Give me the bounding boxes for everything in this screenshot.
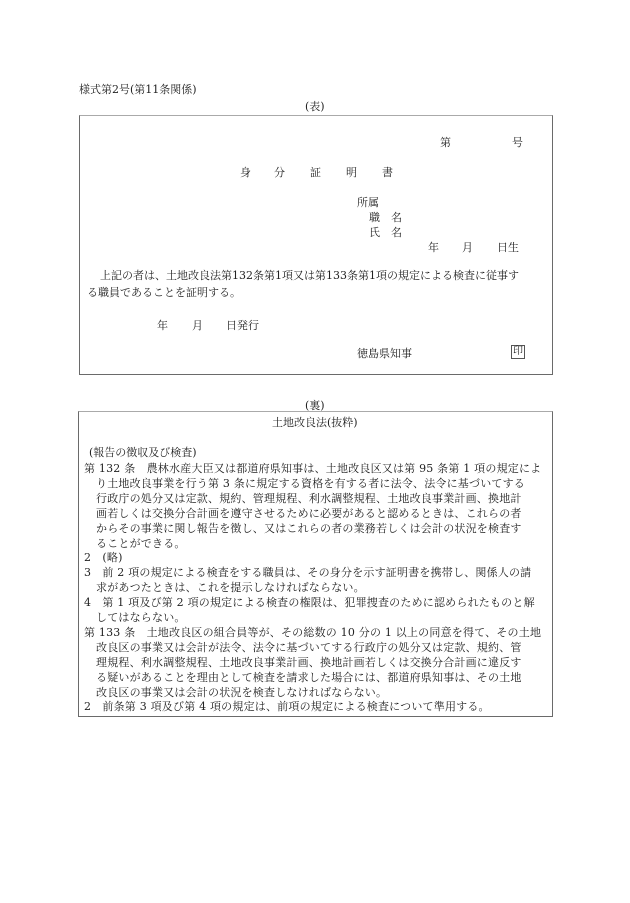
seal-mark: 印 [511,344,525,359]
birth-year-label: 年 [428,239,439,255]
law-line: 改良区の事業又は会計が法令、法令に基づいてする行政庁の処分又は定款、規約、管 [96,639,522,655]
statement-line-1: 上記の者は、土地改良法第132条第1項又は第133条第1項の規定による検査に従事… [100,267,519,283]
affiliation-label: 所属 [357,194,379,210]
law-line: 2 (略) [84,549,123,565]
name-label: 氏 名 [369,224,402,240]
law-line: 4 第 1 項及び第 2 項の規定による検査の権限は、犯罪捜査のために認められた… [84,594,535,610]
law-line: 3 前 2 項の規定による検査をする職員は、その身分を示す証明書を携帯し、関係人… [84,564,531,580]
law-line: 画若しくは交換分合計画を遵守させるために必要があると認めるときは、これらの者 [96,505,522,521]
law-line: してはならない。 [96,609,186,625]
seal-icon: 印 [511,345,525,359]
law-line: 2 前条第 3 項及び第 4 項の規定は、前項の規定による検査について準用する。 [84,698,490,714]
statement-line-2: る職員であることを証明する。 [87,284,241,300]
number-suffix: 号 [512,134,523,150]
law-line: ることができる。 [96,535,186,551]
issue-month-label: 月 [192,317,203,333]
form-label: 様式第2号(第11条関係) [79,81,197,97]
section-heading: (報告の徴収及び検査) [89,444,197,460]
law-line: 第 133 条 土地改良区の組合員等が、その総数の 10 分の 1 以上の同意を… [84,624,541,640]
id-card-back: 土地改良法(抜粋) (報告の徴収及び検査) 第 132 条 農林水産大臣又は都道… [78,411,553,717]
law-line: 行政庁の処分又は定款、規約、管理規程、利水調整規程、土地改良事業計画、換地計 [96,490,522,506]
birth-month-label: 月 [462,239,473,255]
law-line: り土地改良事業を行う第 3 条に規定する資格を有する者に法令、法令に基づいてする [96,475,525,491]
number-prefix: 第 [440,134,451,150]
issuer: 徳島県知事 [357,345,412,361]
issue-year-label: 年 [157,317,168,333]
law-line: 理規程、利水調整規程、土地改良事業計画、換地計画若しくは交換分合計画に違反す [96,654,522,670]
issue-day-label: 日発行 [226,317,259,333]
law-line: 改良区の事業又は会計の状況を検査しなければならない。 [96,684,387,700]
law-line: 第 132 条 農林水産大臣又は都道府県知事は、土地改良区又は第 95 条第 1… [84,460,541,476]
law-line: からその事業に関し報告を徴し、又はこれらの者の業務若しくは会計の状況を検査す [96,520,522,536]
front-side-label: (表) [305,98,325,114]
job-title-label: 職 名 [369,209,402,225]
birth-day-label: 日生 [497,239,519,255]
law-line: る疑いがあることを理由として検査を請求した場合には、都道府県知事は、その土地 [96,669,522,685]
law-title: 土地改良法(抜粋) [272,414,358,430]
id-card-front: 第 号 身 分 証 明 書 所属 職 名 氏 名 年 月 日生 上記の者は、土地… [79,115,553,375]
law-line: 求があつたときは、これを提示しなければならない。 [96,579,365,595]
